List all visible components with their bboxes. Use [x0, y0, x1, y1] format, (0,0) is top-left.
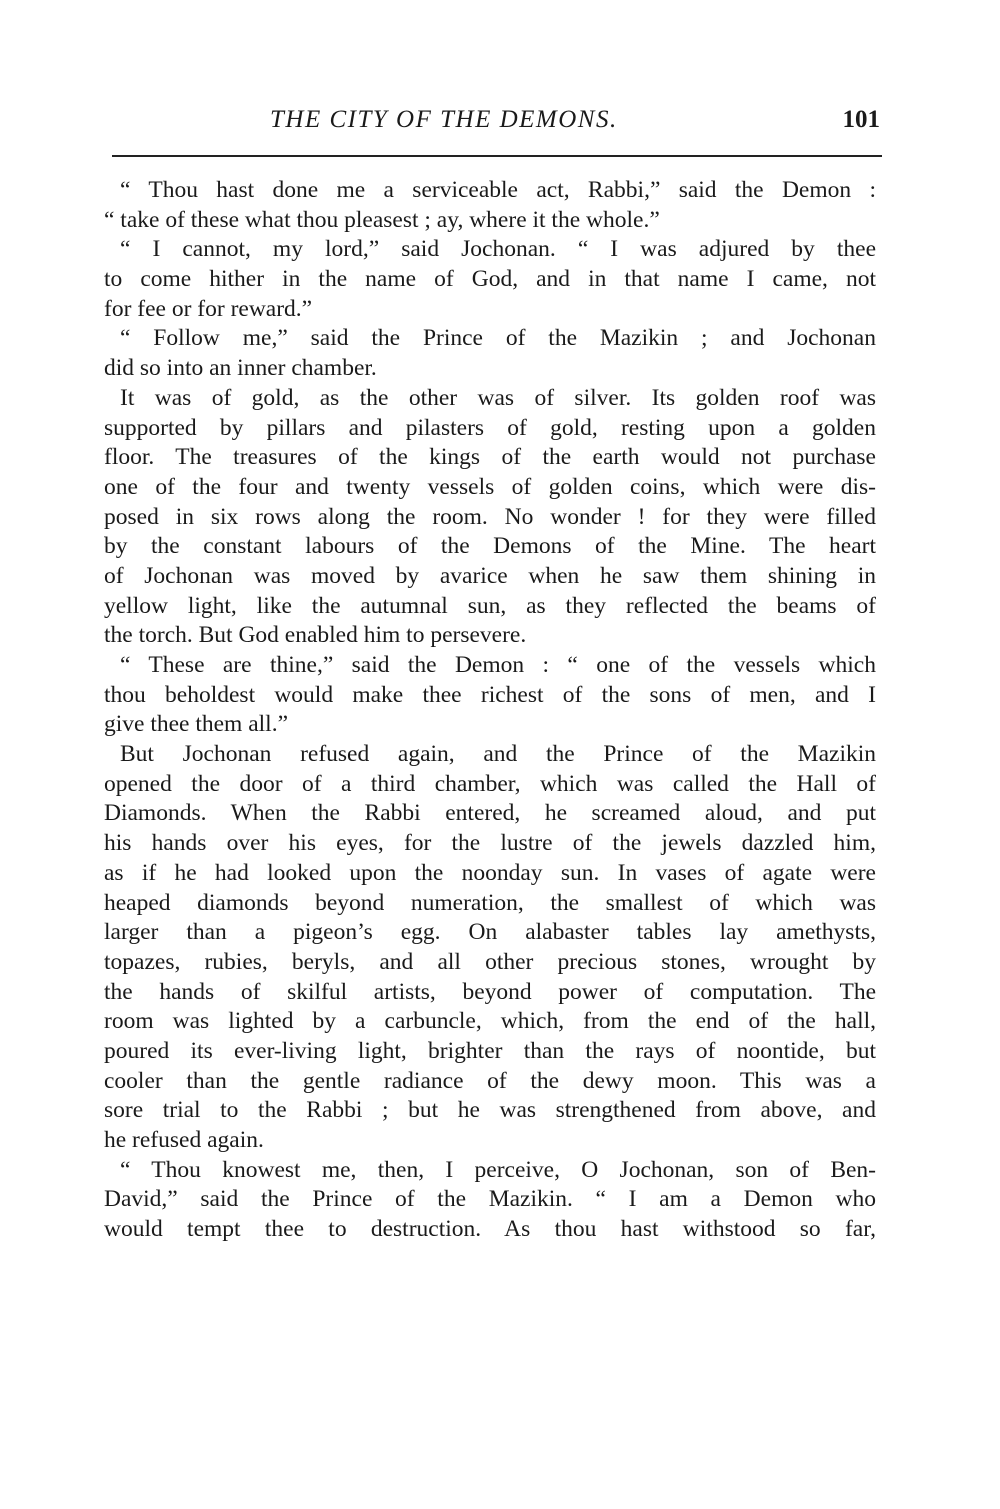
text-line: would tempt thee to destruction. As thou…: [104, 1215, 876, 1245]
text-line: give thee them all.”: [104, 710, 876, 740]
book-page: THE CITY OF THE DEMONS. 101 “ Thou hast …: [0, 0, 1000, 1509]
text-line: larger than a pigeon’s egg. On alabaster…: [104, 918, 876, 948]
text-line: opened the door of a third chamber, whic…: [104, 770, 876, 800]
text-line: “ take of these what thou pleasest ; ay,…: [104, 206, 876, 236]
text-line: supported by pillars and pilasters of go…: [104, 414, 876, 444]
text-line: for fee or for reward.”: [104, 295, 876, 325]
text-line: But Jochonan refused again, and the Prin…: [104, 740, 876, 770]
text-line: yellow light, like the autumnal sun, as …: [104, 592, 876, 622]
text-line: “ Follow me,” said the Prince of the Maz…: [104, 324, 876, 354]
text-line: “ Thou hast done me a serviceable act, R…: [104, 176, 876, 206]
text-line: Diamonds. When the Rabbi entered, he scr…: [104, 799, 876, 829]
text-line: of Jochonan was moved by avarice when he…: [104, 562, 876, 592]
text-line: sore trial to the Rabbi ; but he was str…: [104, 1096, 876, 1126]
body-text: “ Thou hast done me a serviceable act, R…: [104, 176, 876, 1245]
running-head: THE CITY OF THE DEMONS. 101: [110, 106, 880, 138]
text-line: “ These are thine,” said the Demon : “ o…: [104, 651, 876, 681]
text-line: cooler than the gentle radiance of the d…: [104, 1067, 876, 1097]
page-number: 101: [843, 106, 881, 134]
text-line: the torch. But God enabled him to persev…: [104, 621, 876, 651]
running-title: THE CITY OF THE DEMONS.: [270, 106, 618, 134]
text-line: topazes, rubies, beryls, and all other p…: [104, 948, 876, 978]
text-line: one of the four and twenty vessels of go…: [104, 473, 876, 503]
text-line: as if he had looked upon the noonday sun…: [104, 859, 876, 889]
text-line: “ I cannot, my lord,” said Jochonan. “ I…: [104, 235, 876, 265]
header-rule: [112, 155, 882, 157]
text-line: by the constant labours of the Demons of…: [104, 532, 876, 562]
text-line: posed in six rows along the room. No won…: [104, 503, 876, 533]
text-line: the hands of skilful artists, beyond pow…: [104, 978, 876, 1008]
text-line: to come hither in the name of God, and i…: [104, 265, 876, 295]
text-line: he refused again.: [104, 1126, 876, 1156]
text-line: heaped diamonds beyond numeration, the s…: [104, 889, 876, 919]
text-line: thou beholdest would make thee richest o…: [104, 681, 876, 711]
text-line: David,” said the Prince of the Mazikin. …: [104, 1185, 876, 1215]
text-line: “ Thou knowest me, then, I perceive, O J…: [104, 1156, 876, 1186]
text-line: poured its ever-living light, brighter t…: [104, 1037, 876, 1067]
text-line: It was of gold, as the other was of silv…: [104, 384, 876, 414]
text-line: floor. The treasures of the kings of the…: [104, 443, 876, 473]
text-line: his hands over his eyes, for the lustre …: [104, 829, 876, 859]
text-line: did so into an inner chamber.: [104, 354, 876, 384]
text-line: room was lighted by a carbuncle, which, …: [104, 1007, 876, 1037]
